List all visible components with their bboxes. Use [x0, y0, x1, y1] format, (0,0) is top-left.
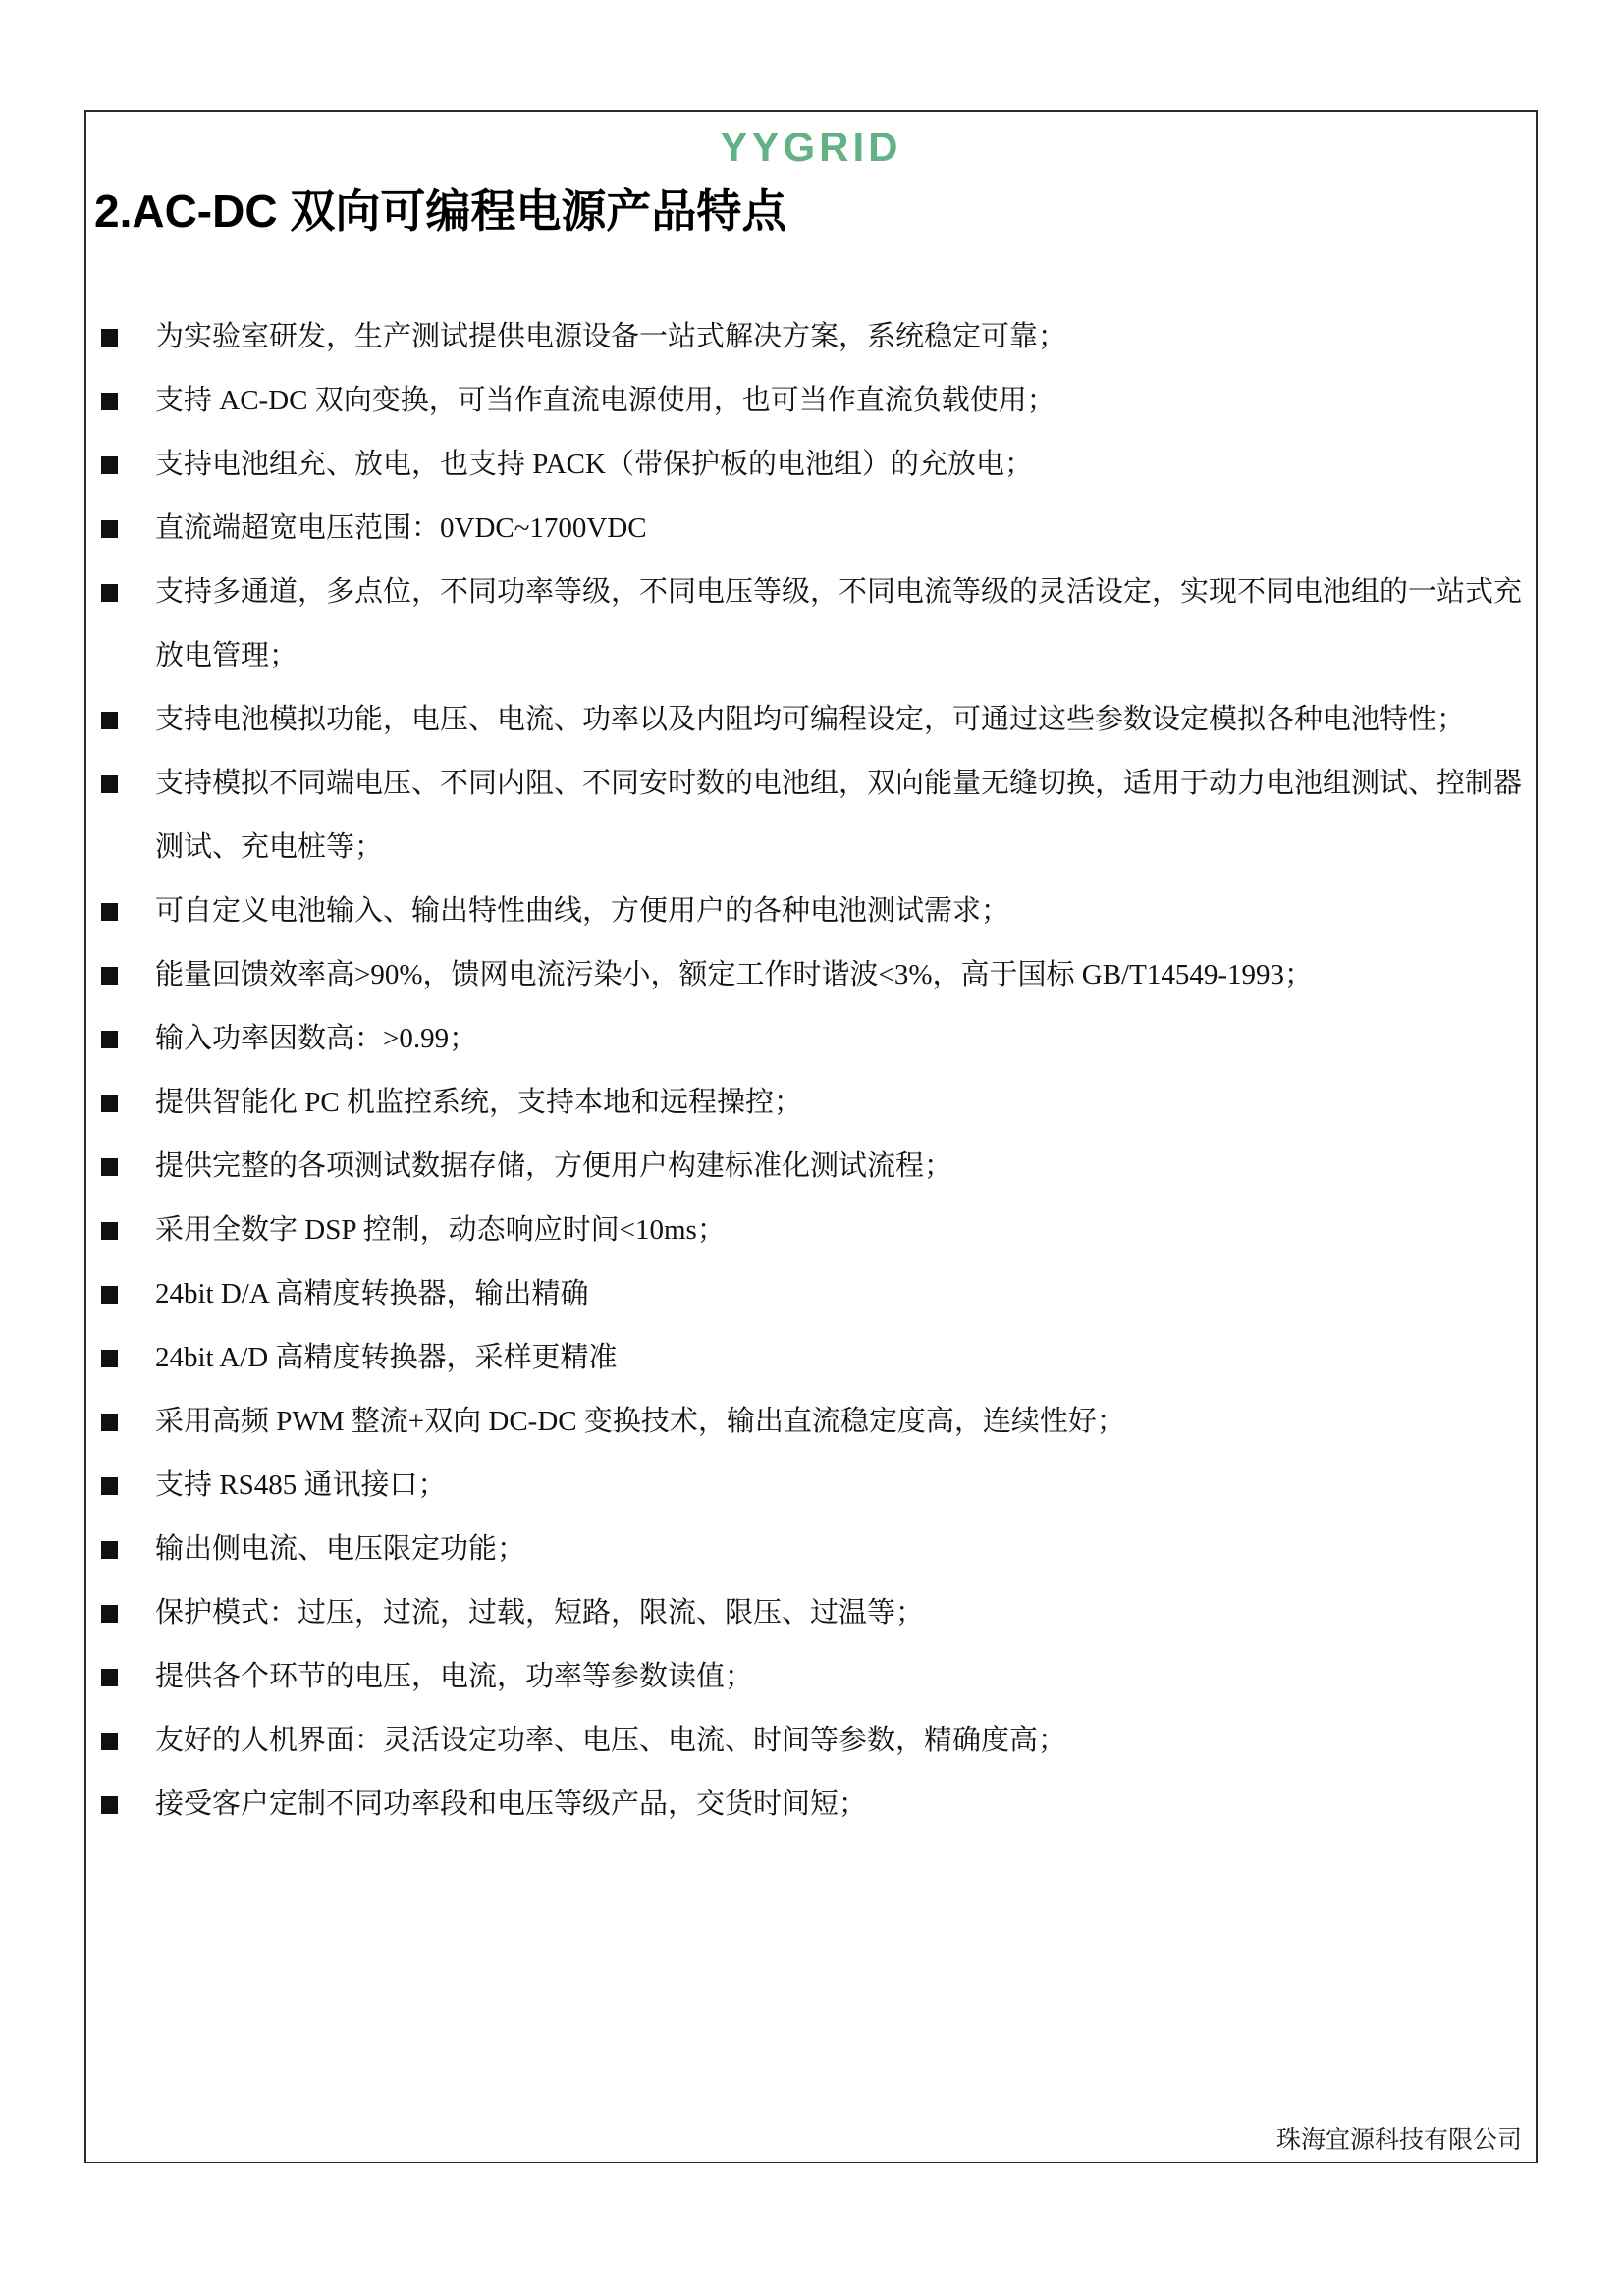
feature-text: 支持电池模拟功能，电压、电流、功率以及内阻均可编程设定，可通过这些参数设定模拟各…: [155, 704, 1465, 735]
bullet-square-icon: [101, 520, 118, 538]
feature-list: 为实验室研发，生产测试提供电源设备一站式解决方案，系统稳定可靠；支持 AC-DC…: [86, 305, 1536, 1837]
feature-item: 输出侧电流、电压限定功能；: [86, 1518, 1526, 1581]
feature-text: 可自定义电池输入、输出特性曲线，方便用户的各种电池测试需求；: [155, 895, 1009, 927]
feature-item: 支持 RS485 通讯接口；: [86, 1454, 1526, 1518]
feature-text: 采用全数字 DSP 控制，动态响应时间<10ms；: [155, 1214, 726, 1246]
feature-item: 提供完整的各项测试数据存储，方便用户构建标准化测试流程；: [86, 1135, 1526, 1199]
bullet-square-icon: [101, 1222, 118, 1240]
feature-text: 支持 RS485 通讯接口；: [155, 1469, 446, 1501]
feature-item: 提供智能化 PC 机监控系统，支持本地和远程操控；: [86, 1071, 1526, 1135]
feature-item: 支持电池组充、放电，也支持 PACK（带保护板的电池组）的充放电；: [86, 433, 1526, 497]
bullet-square-icon: [101, 1733, 118, 1750]
bullet-square-icon: [101, 584, 118, 602]
feature-text: 24bit A/D 高精度转换器，采样更精准: [155, 1342, 617, 1373]
feature-item: 输入功率因数高：>0.99；: [86, 1007, 1526, 1071]
feature-item: 保护模式：过压，过流，过载，短路，限流、限压、过温等；: [86, 1581, 1526, 1645]
bullet-square-icon: [101, 775, 118, 793]
bullet-square-icon: [101, 1414, 118, 1431]
feature-text: 输出侧电流、电压限定功能；: [155, 1533, 525, 1565]
bullet-square-icon: [101, 1541, 118, 1559]
feature-text: 支持电池组充、放电，也支持 PACK（带保护板的电池组）的充放电；: [155, 449, 1033, 480]
feature-text: 24bit D/A 高精度转换器，输出精确: [155, 1278, 588, 1309]
feature-text: 提供各个环节的电压，电流，功率等参数读值；: [155, 1661, 753, 1692]
page-border-frame: YYGRID 2.AC-DC 双向可编程电源产品特点 为实验室研发，生产测试提供…: [84, 110, 1538, 2163]
bullet-square-icon: [101, 1350, 118, 1367]
feature-item: 支持 AC-DC 双向变换，可当作直流电源使用，也可当作直流负载使用；: [86, 369, 1526, 433]
feature-text: 能量回馈效率高>90%，馈网电流污染小，额定工作时谐波<3%，高于国标 GB/T…: [155, 959, 1313, 990]
feature-text: 采用高频 PWM 整流+双向 DC-DC 变换技术，输出直流稳定度高，连续性好；: [155, 1406, 1125, 1437]
feature-text: 提供智能化 PC 机监控系统，支持本地和远程操控；: [155, 1087, 802, 1118]
feature-text: 为实验室研发，生产测试提供电源设备一站式解决方案，系统稳定可靠；: [155, 321, 1066, 352]
bullet-square-icon: [101, 1477, 118, 1495]
company-logo: YYGRID: [86, 124, 1536, 171]
bullet-square-icon: [101, 1158, 118, 1176]
feature-text: 友好的人机界面：灵活设定功率、电压、电流、时间等参数，精确度高；: [155, 1725, 1066, 1756]
feature-item: 采用全数字 DSP 控制，动态响应时间<10ms；: [86, 1199, 1526, 1262]
feature-text: 保护模式：过压，过流，过载，短路，限流、限压、过温等；: [155, 1597, 924, 1629]
bullet-square-icon: [101, 903, 118, 921]
feature-item: 友好的人机界面：灵活设定功率、电压、电流、时间等参数，精确度高；: [86, 1709, 1526, 1773]
bullet-square-icon: [101, 967, 118, 985]
feature-text: 接受客户定制不同功率段和电压等级产品，交货时间短；: [155, 1789, 867, 1820]
feature-text: 支持多通道，多点位，不同功率等级，不同电压等级，不同电流等级的灵活设定，实现不同…: [155, 576, 1522, 671]
feature-item: 24bit A/D 高精度转换器，采样更精准: [86, 1326, 1526, 1390]
bullet-square-icon: [101, 1286, 118, 1304]
feature-text: 提供完整的各项测试数据存储，方便用户构建标准化测试流程；: [155, 1150, 952, 1182]
feature-item: 为实验室研发，生产测试提供电源设备一站式解决方案，系统稳定可靠；: [86, 305, 1526, 369]
bullet-square-icon: [101, 1605, 118, 1623]
feature-item: 直流端超宽电压范围：0VDC~1700VDC: [86, 497, 1526, 561]
bullet-square-icon: [101, 1031, 118, 1048]
feature-item: 支持多通道，多点位，不同功率等级，不同电压等级，不同电流等级的灵活设定，实现不同…: [86, 561, 1526, 688]
feature-item: 采用高频 PWM 整流+双向 DC-DC 变换技术，输出直流稳定度高，连续性好；: [86, 1390, 1526, 1454]
section-title: 2.AC-DC 双向可编程电源产品特点: [94, 186, 1536, 237]
feature-text: 输入功率因数高：>0.99；: [155, 1023, 477, 1054]
feature-text: 支持模拟不同端电压、不同内阻、不同安时数的电池组，双向能量无缝切换，适用于动力电…: [155, 768, 1522, 863]
feature-item: 支持模拟不同端电压、不同内阻、不同安时数的电池组，双向能量无缝切换，适用于动力电…: [86, 752, 1526, 880]
feature-text: 直流端超宽电压范围：0VDC~1700VDC: [155, 512, 647, 544]
bullet-square-icon: [101, 1095, 118, 1112]
feature-item: 接受客户定制不同功率段和电压等级产品，交货时间短；: [86, 1773, 1526, 1837]
footer-company-name: 珠海宜源科技有限公司: [1276, 2125, 1522, 2157]
bullet-square-icon: [101, 456, 118, 474]
bullet-square-icon: [101, 1796, 118, 1814]
feature-item: 提供各个环节的电压，电流，功率等参数读值；: [86, 1645, 1526, 1709]
bullet-square-icon: [101, 1669, 118, 1686]
bullet-square-icon: [101, 329, 118, 347]
bullet-square-icon: [101, 393, 118, 410]
bullet-square-icon: [101, 712, 118, 729]
feature-item: 能量回馈效率高>90%，馈网电流污染小，额定工作时谐波<3%，高于国标 GB/T…: [86, 943, 1526, 1007]
feature-item: 支持电池模拟功能，电压、电流、功率以及内阻均可编程设定，可通过这些参数设定模拟各…: [86, 688, 1526, 752]
feature-item: 24bit D/A 高精度转换器，输出精确: [86, 1262, 1526, 1326]
feature-item: 可自定义电池输入、输出特性曲线，方便用户的各种电池测试需求；: [86, 880, 1526, 943]
feature-text: 支持 AC-DC 双向变换，可当作直流电源使用，也可当作直流负载使用；: [155, 385, 1056, 416]
